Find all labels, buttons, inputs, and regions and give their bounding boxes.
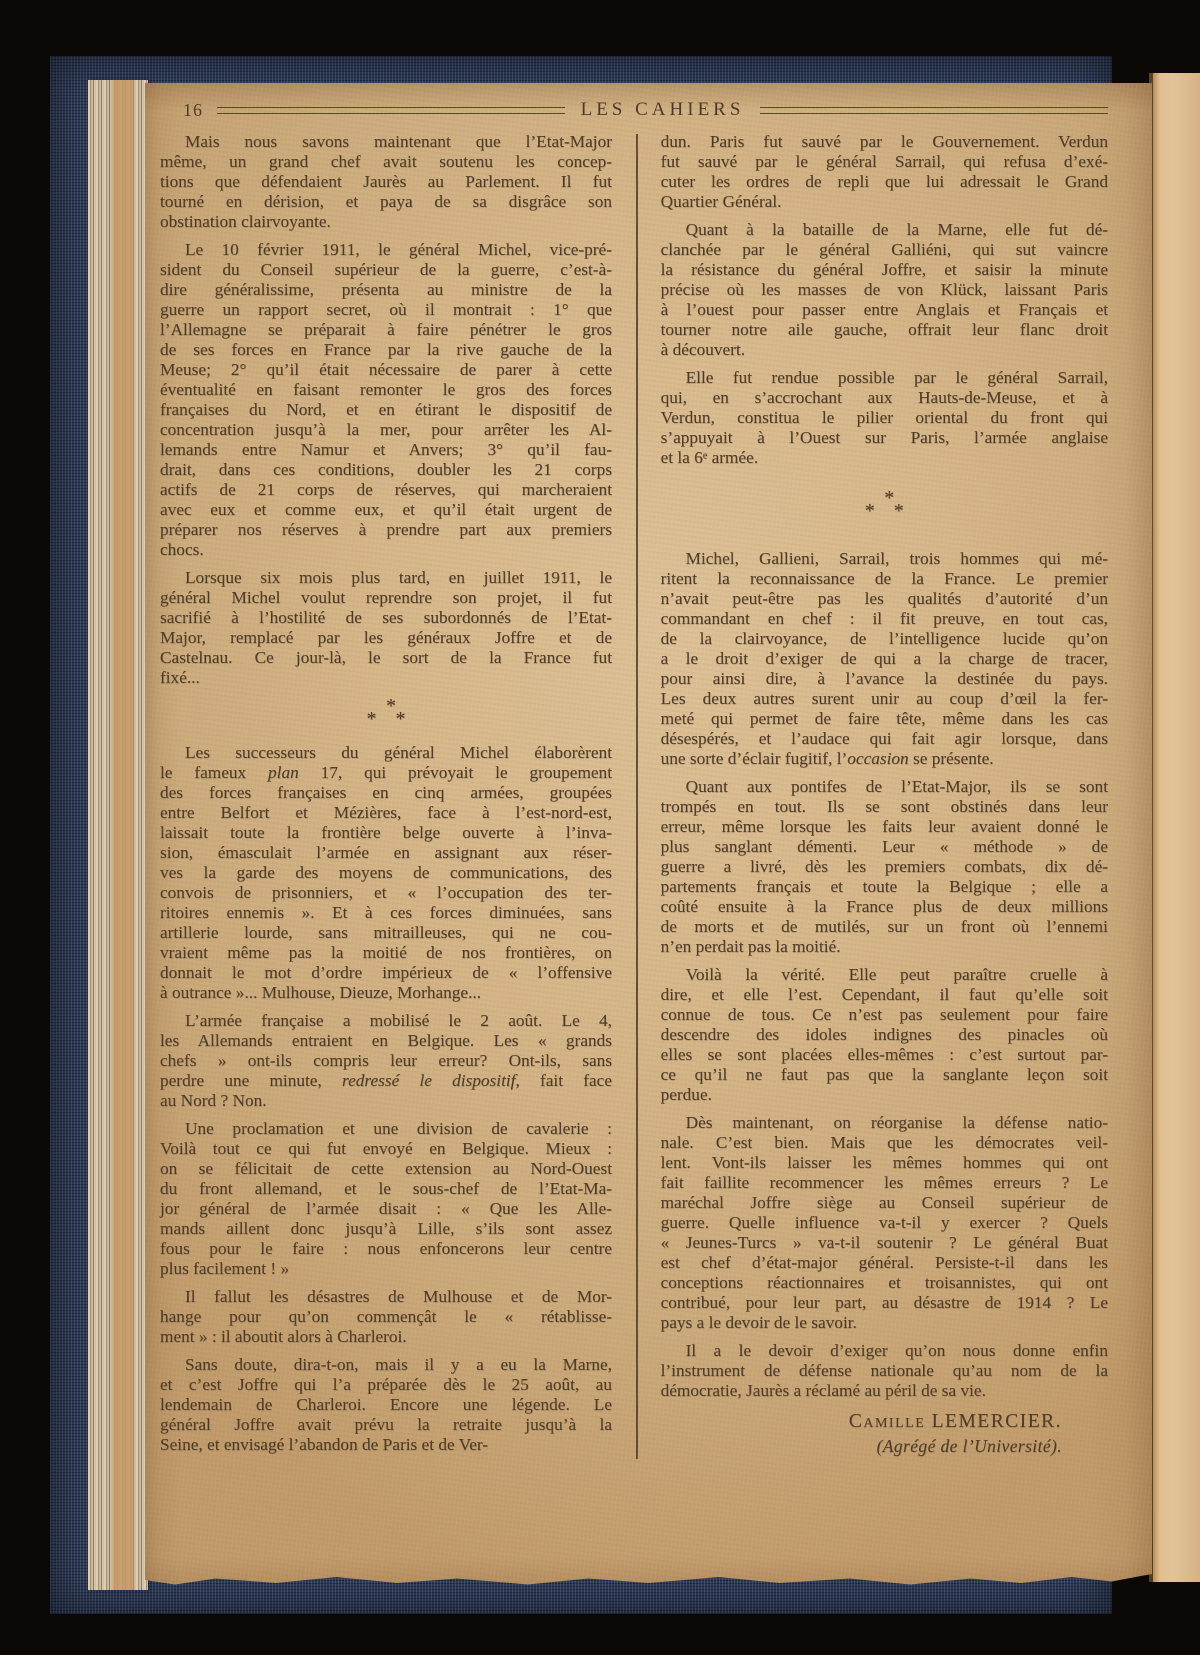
text-line: contribué, pour leur part, au désastre d…: [661, 1293, 1108, 1313]
paragraph: Voilà la vérité. Elle peut paraître crue…: [661, 965, 1108, 1105]
text-line: ce qu’il ne faut pas que la sanglante le…: [661, 1065, 1108, 1085]
text-line: ritoires ennemis ». Et à ces forces dimi…: [160, 903, 612, 923]
paragraph: Elle fut rendue possible par le général …: [661, 368, 1108, 468]
text-line: de morts et de mutilés, sur un front où …: [661, 917, 1108, 937]
text-line: cuter les ordres de repli que lui adress…: [661, 172, 1108, 192]
journal-title: LES CAHIERS: [565, 99, 761, 121]
text-line: lemands entre Namur et Anvers; 3° qu’il …: [160, 440, 612, 460]
text-line: ment » : il aboutit alors à Charleroi.: [160, 1327, 612, 1347]
text-line: chefs » ont-ils compris leur erreur? Ont…: [160, 1051, 612, 1071]
adjacent-page: [1153, 73, 1200, 1582]
text-line: guerre. Quelle influence va-t-il y exerc…: [661, 1213, 1108, 1233]
text-line: pays a le devoir de le savoir.: [661, 1313, 1108, 1333]
text-line: descendre des idoles indignes des pinacl…: [661, 1025, 1108, 1045]
text-line: guerre a livré, dès les premiers combats…: [661, 857, 1108, 877]
text-line: Voilà la vérité. Elle peut paraître crue…: [661, 965, 1108, 985]
text-line: sident du Conseil supérieur de la guerre…: [160, 260, 612, 280]
paragraph: Michel, Gallieni, Sarrail, trois hommes …: [661, 549, 1108, 769]
author-name: Camille LEMERCIER.: [661, 1409, 1062, 1434]
text-line: Seine, et envisagé l’abandon de Paris et…: [160, 1435, 612, 1455]
text-line: Les deux autres surent unir au coup d’œi…: [661, 689, 1108, 709]
text-line: Castelnau. Ce jour-là, le sort de la Fra…: [160, 648, 612, 668]
paragraph: Sans doute, dira-t-on, mais il y a eu la…: [160, 1355, 612, 1455]
text-columns: Mais nous savons maintenant que l’Etat-M…: [145, 132, 1152, 1463]
text-line: Lorsque six mois plus tard, en juillet 1…: [160, 568, 612, 588]
text-line: fixé...: [160, 668, 612, 688]
text-line: artillerie lourde, sans mitrailleuses, q…: [160, 923, 612, 943]
text-line: Sans doute, dira-t-on, mais il y a eu la…: [160, 1355, 612, 1375]
text-line: plus sanglant démenti. Leur « méthode » …: [661, 837, 1108, 857]
text-line: perdue.: [661, 1085, 1108, 1105]
text-line: tourné en dérision, et paya de sa disgrâ…: [160, 192, 612, 212]
text-line: précise où les masses de von Klück, lais…: [661, 280, 1108, 300]
text-line: Le 10 février 1911, le général Michel, v…: [160, 240, 612, 260]
asterism-divider: ** *: [160, 700, 612, 727]
text-line: hange pour qu’on commençât le « rétablis…: [160, 1307, 612, 1327]
text-line: drait, dans ces conditions, doubler les …: [160, 460, 612, 480]
scanned-page: 16 LES CAHIERS Mais nous savons maintena…: [145, 83, 1152, 1589]
paragraph: Lorsque six mois plus tard, en juillet 1…: [160, 568, 612, 688]
text-line: préparer nos réserves à prendre part aux…: [160, 520, 612, 540]
paragraph: dun. Paris fut sauvé par le Gouvernement…: [661, 132, 1108, 212]
text-line: sion, émasculait l’armée en assignant au…: [160, 843, 612, 863]
text-line: maréchal Joffre siège au Conseil supérie…: [661, 1193, 1108, 1213]
text-line: guerre un rapport secret, où il montrait…: [160, 300, 612, 320]
text-line: on se félicitait de cette extension au N…: [160, 1159, 612, 1179]
text-line: Il fallut les désastres de Mulhouse et d…: [160, 1287, 612, 1307]
text-line: tions que défendaient Jaurès au Parlemen…: [160, 172, 612, 192]
text-line: s’appuyait à l’Ouest sur Paris, l’armée …: [661, 428, 1108, 448]
text-line: pour ainsi dire, à l’avance la destinée …: [661, 669, 1108, 689]
text-line: « Jeunes-Turcs » va-t-il soutenir ? Le g…: [661, 1233, 1108, 1253]
text-line: conceptions réactionnaires et troisannis…: [661, 1273, 1108, 1293]
text-line: l’instrument de défense nationale qu’au …: [661, 1361, 1108, 1381]
text-line: laissait toute la frontière belge ouvert…: [160, 823, 612, 843]
paragraph: L’armée française a mobilisé le 2 août. …: [160, 1011, 612, 1111]
paragraph: Quant à la bataille de la Marne, elle fu…: [661, 220, 1108, 360]
text-line: Il a le devoir d’exiger qu’on nous donne…: [661, 1341, 1108, 1361]
paragraph: Dès maintenant, on réorganise la défense…: [661, 1113, 1108, 1333]
text-line: est chef d’état-major général. Persiste-…: [661, 1253, 1108, 1273]
text-line: Voilà tout ce qui fut envoyé en Belgique…: [160, 1139, 612, 1159]
text-line: nale. C’est bien. Mais que les démocrate…: [661, 1133, 1108, 1153]
text-line: mands aillent donc jusqu’à Lille, s’ils …: [160, 1219, 612, 1239]
page-number: 16: [183, 100, 203, 121]
text-line: tourner notre aile gauche, offrait leur …: [661, 320, 1108, 340]
text-line: Quant aux pontifes de l’Etat-Major, ils …: [661, 777, 1108, 797]
text-line: fous pour le faire : nous enfoncerons le…: [160, 1239, 612, 1259]
text-line: entre Belfort et Mézières, face à l’est-…: [160, 803, 612, 823]
text-line: trompés en tout. Ils se sont obstinés da…: [661, 797, 1108, 817]
text-line: ritent la reconnaissance de la France. L…: [661, 569, 1108, 589]
left-column: Mais nous savons maintenant que l’Etat-M…: [160, 132, 612, 1463]
text-line: général Michel voulut reprendre son proj…: [160, 588, 612, 608]
text-line: concentration jusqu’à la mer, pour arrêt…: [160, 420, 612, 440]
text-line: plus facilement ! »: [160, 1259, 612, 1279]
text-line: de la clairvoyance, de l’intelligence lu…: [661, 629, 1108, 649]
text-line: et la 6ᵉ armée.: [661, 448, 1108, 468]
text-line: sacrifié à l’hostilité de ses subordonné…: [160, 608, 612, 628]
text-line: qui, en s’accrochant aux Hauts-de-Meuse,…: [661, 388, 1108, 408]
text-line: du front allemand, et le sous-chef de l’…: [160, 1179, 612, 1199]
text-line: et c’est Joffre qui l’a préparée dès le …: [160, 1375, 612, 1395]
author-role: (Agrégé de l’Université).: [661, 1434, 1062, 1458]
text-line: elles se sont placées elles-mêmes : c’es…: [661, 1045, 1108, 1065]
text-line: clanchée par le général Galliéni, qui su…: [661, 240, 1108, 260]
text-line: vraient même pas la moitié de nos fronti…: [160, 943, 612, 963]
paragraph: Il fallut les désastres de Mulhouse et d…: [160, 1287, 612, 1347]
text-line: françaises du Nord, et en étirant le dis…: [160, 400, 612, 420]
text-line: au Nord ? Non.: [160, 1091, 612, 1111]
text-line: partements français et toute la Belgique…: [661, 877, 1108, 897]
text-line: lent. Vont-ils laisser les mêmes hommes …: [661, 1153, 1108, 1173]
text-line: dire, et elle l’est. Cependant, il faut …: [661, 985, 1108, 1005]
paragraph: Mais nous savons maintenant que l’Etat-M…: [160, 132, 612, 232]
text-line: dun. Paris fut sauvé par le Gouvernement…: [661, 132, 1108, 152]
text-line: n’en perdait pas la moitié.: [661, 937, 1108, 957]
column-divider: [636, 134, 638, 1459]
asterism-divider: ** *: [661, 492, 1108, 519]
right-column: dun. Paris fut sauvé par le Gouvernement…: [661, 132, 1108, 1463]
text-line: à outrance »... Mulhouse, Dieuze, Morhan…: [160, 983, 612, 1003]
text-line: de ses forces en France par la rive gauc…: [160, 340, 612, 360]
text-line: perdre une minute, redressé le dispositi…: [160, 1071, 612, 1091]
text-line: Elle fut rendue possible par le général …: [661, 368, 1108, 388]
page-edges: [88, 80, 148, 1590]
text-line: n’avait peut-être pas les qualités d’aut…: [661, 589, 1108, 609]
paragraph: Les successeurs du général Michel élabor…: [160, 743, 612, 1003]
text-line: meté qui permet de faire tête, même dans…: [661, 709, 1108, 729]
text-line: la résistance du général Joffre, et sais…: [661, 260, 1108, 280]
header-rule-left: [217, 107, 565, 114]
text-line: les Allemands entraient en Belgique. Les…: [160, 1031, 612, 1051]
text-line: une sorte d’éclair fugitif, l’occasion s…: [661, 749, 1108, 769]
paragraph: Le 10 février 1911, le général Michel, v…: [160, 240, 612, 560]
text-line: Meuse; 2° qu’il était nécessaire de pare…: [160, 360, 612, 380]
text-line: Quartier Général.: [661, 192, 1108, 212]
text-line: Quant à la bataille de la Marne, elle fu…: [661, 220, 1108, 240]
text-line: actifs de 21 corps de réserves, qui marc…: [160, 480, 612, 500]
text-line: commandant en chef : il fit preuve, en t…: [661, 609, 1108, 629]
text-line: L’armée française a mobilisé le 2 août. …: [160, 1011, 612, 1031]
text-line: jor général de l’armée disait : « Que le…: [160, 1199, 612, 1219]
text-line: avec eux et comme eux, et qu’il était ur…: [160, 500, 612, 520]
text-line: donnait le mot d’ordre impérieux de « l’…: [160, 963, 612, 983]
author-signature: Camille LEMERCIER.(Agrégé de l’Universit…: [661, 1409, 1108, 1458]
text-line: ves la garde des moyens de communication…: [160, 863, 612, 883]
text-line: convois de prisonniers, et « l’occupatio…: [160, 883, 612, 903]
text-line: l’Allemagne se préparait à faire pénétre…: [160, 320, 612, 340]
text-line: désespérés, et l’audace qui fait agir lo…: [661, 729, 1108, 749]
text-line: a le droit d’exiger de qui a la charge d…: [661, 649, 1108, 669]
text-line: connue de tous. Ce n’est pas seulement p…: [661, 1005, 1108, 1025]
text-line: fait faillite recommencer les mêmes erre…: [661, 1173, 1108, 1193]
text-line: éventualité en faisant remonter le gros …: [160, 380, 612, 400]
text-line: chocs.: [160, 540, 612, 560]
text-line: coûté ensuite à la France plus de deux m…: [661, 897, 1108, 917]
text-line: des forces françaises en cinq armées, gr…: [160, 783, 612, 803]
text-line: démocratie, Jaurès a réclamé au péril de…: [661, 1381, 1108, 1401]
text-line: à découvert.: [661, 340, 1108, 360]
text-line: erreur, même lorsque les faits leur avai…: [661, 817, 1108, 837]
text-line: Dès maintenant, on réorganise la défense…: [661, 1113, 1108, 1133]
text-line: fut sauvé par le général Sarrail, qui re…: [661, 152, 1108, 172]
text-line: Les successeurs du général Michel élabor…: [160, 743, 612, 763]
paragraph: Il a le devoir d’exiger qu’on nous donne…: [661, 1341, 1108, 1401]
paragraph: Quant aux pontifes de l’Etat-Major, ils …: [661, 777, 1108, 957]
text-line: Major, remplacé par les généraux Joffre …: [160, 628, 612, 648]
text-line: à l’ouest pour passer entre Anglais et F…: [661, 300, 1108, 320]
text-line: même, un grand chef avait soutenu les co…: [160, 152, 612, 172]
text-line: Mais nous savons maintenant que l’Etat-M…: [160, 132, 612, 152]
book-scan: 16 LES CAHIERS Mais nous savons maintena…: [0, 0, 1200, 1655]
text-line: Michel, Gallieni, Sarrail, trois hommes …: [661, 549, 1108, 569]
text-line: le fameux plan 17, qui prévoyait le grou…: [160, 763, 612, 783]
header-rule-right: [760, 107, 1108, 114]
text-line: général Joffre avait prévu la retraite j…: [160, 1415, 612, 1435]
text-line: Une proclamation et une division de cava…: [160, 1119, 612, 1139]
text-line: dire généralissime, présenta au ministre…: [160, 280, 612, 300]
text-line: Verdun, constitua le pilier oriental du …: [661, 408, 1108, 428]
text-line: obstination clairvoyante.: [160, 212, 612, 232]
text-line: lendemain de Charleroi. Encore une légen…: [160, 1395, 612, 1415]
page-header: 16 LES CAHIERS: [183, 98, 1108, 122]
paragraph: Une proclamation et une division de cava…: [160, 1119, 612, 1279]
